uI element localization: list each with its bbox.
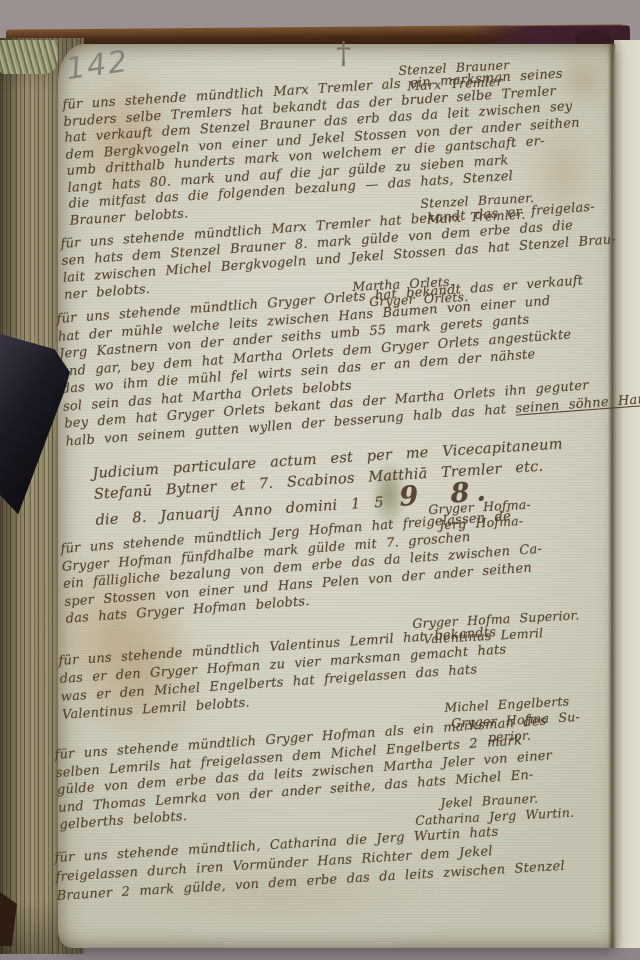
cross-mark-icon: † xyxy=(336,36,351,71)
facing-page-edge xyxy=(614,40,640,948)
manuscript-photograph: 142 † Stenzel BraunerMarx Tremler für un… xyxy=(0,0,640,960)
book-gutter-fold xyxy=(608,44,616,948)
binding-threads xyxy=(0,40,58,74)
